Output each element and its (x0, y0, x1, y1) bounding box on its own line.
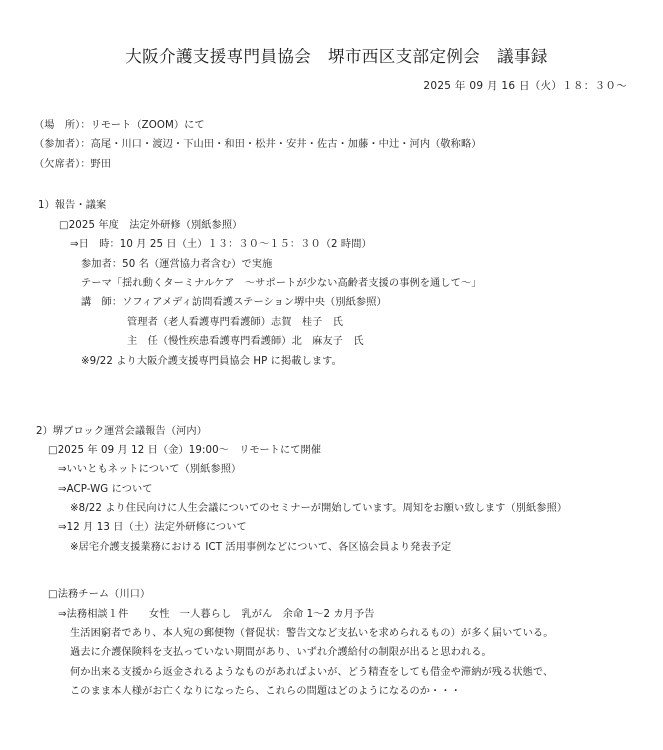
block-meeting-info: □2025 年 09 月 12 日（金）19:00～ リモートにて開催 (48, 444, 321, 458)
training-item-title: □2025 年度 法定外研修（別紙参照） (59, 219, 242, 233)
section-1-heading: 1）報告・議案 (38, 199, 106, 213)
training-note: ※9/22 より大阪介護支援専門員協会 HP に掲載します。 (81, 355, 342, 369)
block-item-acp-note: ※8/22 より住民向けに人生会議についてのセミナーが開始しています。周知をお願… (70, 502, 567, 516)
legal-consult: ⇒法務相談１件 女性 一人暮らし 乳がん 余命 1～2 カ月予告 (58, 608, 375, 622)
legal-team-heading: □法務チーム（川口） (48, 588, 150, 602)
legal-detail-2: 過去に介護保険料を支払っていない期間があり、いずれ介護給付の制限が出ると思われる… (70, 646, 492, 660)
block-item-training-note: ※居宅介護支援業務における ICT 活用事例などについて、各区協会員より発表予定 (70, 541, 451, 555)
block-item-acp: ⇒ACP-WG について (58, 483, 153, 497)
meeting-place: （場 所）：リモート（ZOOM）にて (34, 119, 205, 133)
legal-detail-4: このまま本人様がお亡くなりになったら、これらの問題はどのようになるのか・・・ (70, 685, 461, 699)
lecturer-2: 主 任（慢性疾患看護専門看護師）北 麻友子 氏 (127, 335, 364, 349)
block-item-training: ⇒12 月 13 日（土）法定外研修について (58, 521, 247, 535)
lecturer-1: 管理者（老人看護専門看護師）志賀 桂子 氏 (127, 316, 343, 330)
training-datetime: ⇒日 時：10 月 25 日（土）１３：３０～１５：３０（2 時間） (70, 238, 372, 252)
training-participants: 参加者：50 名（運営協力者含む）で実施 (81, 258, 272, 272)
legal-detail-1: 生活困窮者であり、本人宛の郵便物（督促状：警告文など支払いを求められるもの）が多… (70, 627, 554, 641)
training-lecturer: 講 師：ソフィアメディ訪問看護ステーション堺中央（別紙参照） (81, 296, 387, 310)
block-item-iitomo: ⇒いいともネットについて（別紙参照） (58, 463, 241, 477)
meeting-date: 2025 年 09 月 16 日（火）１８：３０～ (423, 79, 627, 93)
training-theme: テーマ「揺れ動くターミナルケア ～サポートが少ない高齢者支援の事例を通して～」 (81, 277, 482, 291)
section-2-heading: 2）堺ブロック運営会議報告（河内） (36, 425, 207, 439)
absentees-list: （欠席者）：野田 (34, 158, 111, 172)
attendees-list: （参加者）：高尾・川口・渡辺・下山田・和田・松井・安井・佐古・加藤・中辻・河内（… (34, 138, 482, 152)
document-title: 大阪介護支援専門員協会 堺市西区支部定例会 議事録 (0, 46, 663, 68)
legal-detail-3: 何か出来る支援から返金されるようなものがあればよいが、どう精査をしても借金や滞納… (70, 666, 553, 680)
